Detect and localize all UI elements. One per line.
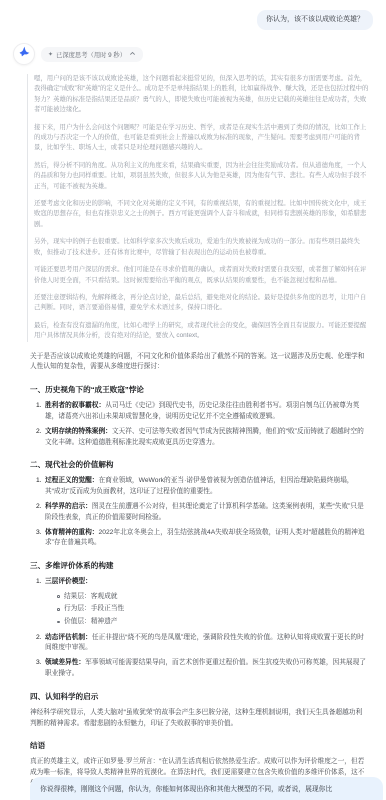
- assistant-header: ✦ 已深度思考（用时 9 秒）: [13, 43, 373, 65]
- section-heading: 四、认知科学的启示: [30, 691, 367, 703]
- user-message-bubble: 你认为，该不该以成败论英雄？: [257, 10, 373, 30]
- item-label: 三层评价模型：: [45, 578, 92, 585]
- section-item: 3.体育精神的重构：2022年北京冬奥会上，羽生结弦挑战4A失败却获全场致敬，证…: [36, 528, 367, 550]
- section-heading: 二、现代社会的价值解构: [30, 459, 367, 471]
- thinking-paragraph: 还要注意逻辑结构，先解释概念，再分论点讨论，最后总结，避免绝对化的结论。最好是提…: [34, 293, 369, 314]
- item-number: 2.: [36, 633, 42, 644]
- item-text: 图灵在生前遭遇不公对待，但其理论奠定了计算机科学基础。这类案例表明，某些“失败”…: [45, 503, 364, 521]
- section-body: 神经科学研究显示，人类大脑对“虽败犹荣”的故事会产生多巴胺分泌，这种生理机制说明…: [30, 708, 367, 730]
- item-number: 1.: [36, 401, 42, 412]
- section-item: 2.科学界的启示：图灵在生前遭遇不公对待，但其理论奠定了计算机科学基础。这类案例…: [36, 502, 367, 524]
- thinking-paragraph: 另外，现实中的例子也很重要。比如科学家多次失败后成功，爱迪生的失败被视为成功的一…: [34, 237, 369, 258]
- item-number: 3.: [36, 658, 42, 669]
- item-label: 胜利者的叙事霸权：: [45, 402, 105, 409]
- thinking-content: 嗯，用户问的是该不该以成败论英雄，这个问题看起来挺常见的，但深入思考的话，其实有…: [27, 74, 369, 342]
- assistant-avatar: [13, 43, 35, 65]
- section-item: 3.领域差异性：军事领域可能需要结果导向，而艺术创作更重过程价值。医生抗疫失败仍…: [36, 658, 367, 680]
- answer-sections: 一、历史视角下的“成王败寇”悖论1.胜利者的叙事霸权：从司马迁《史记》到现代史书…: [30, 384, 367, 790]
- thinking-paragraph: 最后，检查有没有遗漏的角度，比如心理学上的研究，或者现代社会的变化，确保回答全面…: [34, 321, 369, 342]
- item-text: 任正非提出“烧不死的鸟是凤凰”理论，强调阶段性失败的价值。这种认知将成败置于更长…: [45, 634, 364, 652]
- item-label: 文明存续的特殊案例：: [45, 428, 112, 435]
- thinking-paragraph: 接下来，用户为什么会问这个问题呢？可能是在学习历史、哲学，或者是在现实生活中遇到…: [34, 123, 369, 154]
- user-message-row: 你认为，该不该以成败论英雄？: [13, 10, 373, 30]
- item-label: 动态评估机制：: [45, 634, 92, 641]
- thinking-paragraph: 可能还要思考用户深层的需求。他们可能是在寻求价值观的确认，或者面对失败时需要自我…: [34, 265, 369, 286]
- section-item: 2.动态评估机制：任正非提出“烧不死的鸟是凤凰”理论，强调阶段性失败的价值。这种…: [36, 633, 367, 655]
- sub-item: 行为层：手段正当性: [55, 603, 367, 616]
- item-label: 体育精神的重构：: [45, 529, 99, 536]
- deep-think-icon: ✦: [48, 51, 53, 58]
- section-item: 2.文明存续的特殊案例：文天祥、史可法等失败者因气节成为民族精神图腾，他们的“败…: [36, 427, 367, 449]
- item-number: 3.: [36, 528, 42, 539]
- answer-intro: 关于是否应该以成败论英雄的问题，不同文化和价值体系给出了截然不同的答案。这一议题…: [30, 352, 367, 374]
- sub-item: 价值层：精神遗产: [55, 616, 367, 629]
- sub-item: 结果层：客观成就: [55, 591, 367, 604]
- chevron-up-icon: [129, 50, 136, 59]
- section-item-list: 1.过程正义的觉醒：在商业领域，WeWork的亚当·诺伊曼曾被视为创造估值神话，…: [36, 476, 367, 549]
- section-item-list: 1.三层评价模型：结果层：客观成就行为层：手段正当性价值层：精神遗产2.动态评估…: [36, 577, 367, 680]
- section-heading: 结语: [30, 740, 367, 752]
- section-item: 1.胜利者的叙事霸权：从司马迁《史记》到现代史书，历史记录往往由胜利者书写。项羽…: [36, 401, 367, 423]
- section-item: 1.过程正义的觉醒：在商业领域，WeWork的亚当·诺伊曼曾被视为创造估值神话，…: [36, 476, 367, 498]
- section-item: 1.三层评价模型：结果层：客观成就行为层：手段正当性价值层：精神遗产: [36, 577, 367, 629]
- item-number: 2.: [36, 502, 42, 513]
- item-number: 1.: [36, 577, 42, 588]
- deep-think-label: 已深度思考（用时 9 秒）: [56, 50, 126, 59]
- assistant-logo-icon: [18, 45, 31, 63]
- item-number: 1.: [36, 476, 42, 487]
- section-item-list: 1.胜利者的叙事霸权：从司马迁《史记》到现代史书，历史记录往往由胜利者书写。项羽…: [36, 401, 367, 448]
- item-number: 2.: [36, 427, 42, 438]
- circle-bullet-icon: [57, 621, 60, 624]
- thinking-paragraph: 然后，得分析不同的角度。从功利主义的角度来看，结果确实重要，因为社会往往奖励成功…: [34, 161, 369, 192]
- section-heading: 三、多维评价体系的构建: [30, 560, 367, 572]
- circle-bullet-icon: [57, 608, 60, 611]
- assistant-answer: 关于是否应该以成败论英雄的问题，不同文化和价值体系给出了截然不同的答案。这一议题…: [30, 352, 367, 790]
- thinking-paragraph: 嗯，用户问的是该不该以成败论英雄，这个问题看起来挺常见的，但深入思考的话，其实有…: [34, 74, 369, 116]
- item-label: 领域差异性：: [45, 659, 85, 666]
- item-text: 军事领域可能需要结果导向，而艺术创作更重过程价值。医生抗疫失败仍可称英雄，因其展…: [45, 659, 366, 677]
- item-label: 过程正义的觉醒：: [45, 477, 99, 484]
- circle-bullet-icon: [57, 595, 60, 598]
- section-heading: 一、历史视角下的“成王败寇”悖论: [30, 384, 367, 396]
- deep-think-chip[interactable]: ✦ 已深度思考（用时 9 秒）: [41, 47, 143, 62]
- item-label: 科学界的启示：: [45, 503, 92, 510]
- user-message-bubble-bottom: 你说得很棒，刚刚这个问题，你认为，你能如何体现出你和其他大模型的不同，或者说，展…: [30, 777, 383, 800]
- sub-item-list: 结果层：客观成就行为层：手段正当性价值层：精神遗产: [55, 591, 367, 629]
- thinking-paragraph: 还要考虑文化和历史的影响，不同文化对英雄的定义不同，有的重视结果，有的重视过程。…: [34, 199, 369, 230]
- chat-thread: 你认为，该不该以成败论英雄？ ✦ 已深度思考（用时 9 秒） 嗯，用户问的是该不…: [0, 0, 386, 790]
